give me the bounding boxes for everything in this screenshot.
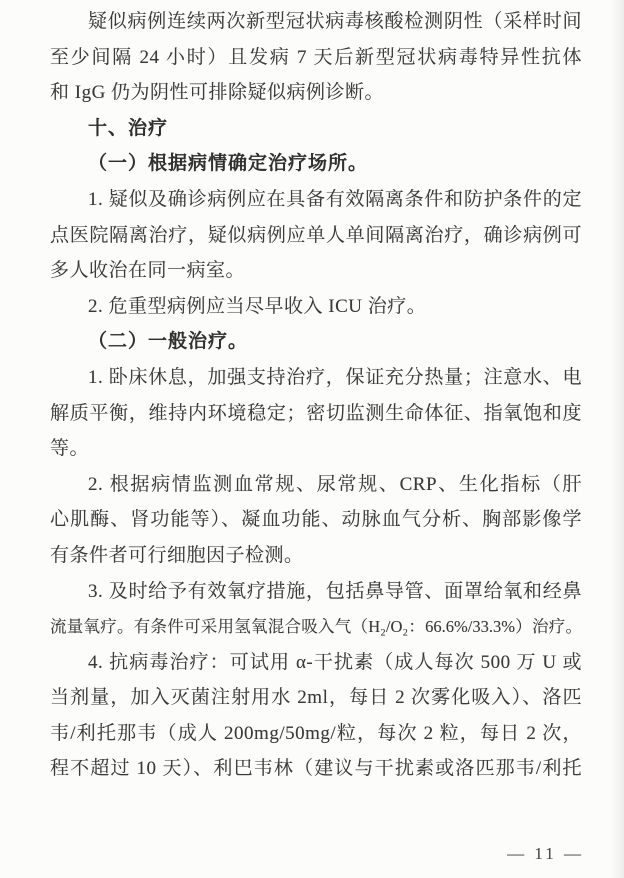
text-line: 4. 抗病毒治疗：可试用 α-干扰素（成人每次 500 万 U 或相: [50, 645, 582, 681]
text-line: 当剂量，加入灭菌注射用水 2ml，每日 2 次雾化吸入）、洛匹那: [50, 680, 582, 716]
text-line: 解质平衡，维持内环境稳定；密切监测生命体征、指氧饱和度: [50, 396, 582, 432]
text-line: 疑似病例连续两次新型冠状病毒核酸检测阴性（采样时间: [50, 4, 582, 40]
text-line: 有条件者可行细胞因子检测。: [50, 538, 582, 574]
text-line: 心肌酶、肾功能等）、凝血功能、动脉血气分析、胸部影像学等。: [50, 502, 582, 538]
sub-heading: （二）一般治疗。: [50, 324, 582, 360]
text-line: 韦/利托那韦（成人 200mg/50mg/粒，每次 2 粒，每日 2 次，疗: [50, 716, 582, 752]
text-line: 等。: [50, 431, 582, 467]
text-line: 1. 卧床休息，加强支持治疗，保证充分热量；注意水、电: [50, 360, 582, 396]
text-line: 至少间隔 24 小时）且发病 7 天后新型冠状病毒特异性抗体 IgM: [50, 40, 582, 76]
text-line: 流量氧疗。有条件可采用氢氧混合吸入气（H₂/O₂：66.6%/33.3%）治疗。: [50, 609, 582, 645]
text-line: 程不超过 10 天）、利巴韦林（建议与干扰素或洛匹那韦/利托那: [50, 751, 582, 787]
scan-edge-artifact: [610, 0, 624, 878]
text-line: 2. 危重型病例应当尽早收入 ICU 治疗。: [50, 289, 582, 325]
document-page: 疑似病例连续两次新型冠状病毒核酸检测阴性（采样时间至少间隔 24 小时）且发病 …: [0, 0, 624, 878]
sub-heading: （一）根据病情确定治疗场所。: [50, 146, 582, 182]
text-line: 和 IgG 仍为阴性可排除疑似病例诊断。: [50, 75, 582, 111]
text-line: 点医院隔离治疗，疑似病例应单人单间隔离治疗，确诊病例可: [50, 218, 582, 254]
text-line: 多人收治在同一病室。: [50, 253, 582, 289]
document-body: 疑似病例连续两次新型冠状病毒核酸检测阴性（采样时间至少间隔 24 小时）且发病 …: [50, 4, 582, 787]
text-line: 1. 疑似及确诊病例应在具备有效隔离条件和防护条件的定: [50, 182, 582, 218]
page-number: — 11 —: [507, 844, 584, 864]
text-line: 2. 根据病情监测血常规、尿常规、CRP、生化指标（肝酶、: [50, 467, 582, 503]
text-line: 3. 及时给予有效氧疗措施，包括鼻导管、面罩给氧和经鼻高: [50, 574, 582, 610]
section-heading: 十、治疗: [50, 111, 582, 147]
